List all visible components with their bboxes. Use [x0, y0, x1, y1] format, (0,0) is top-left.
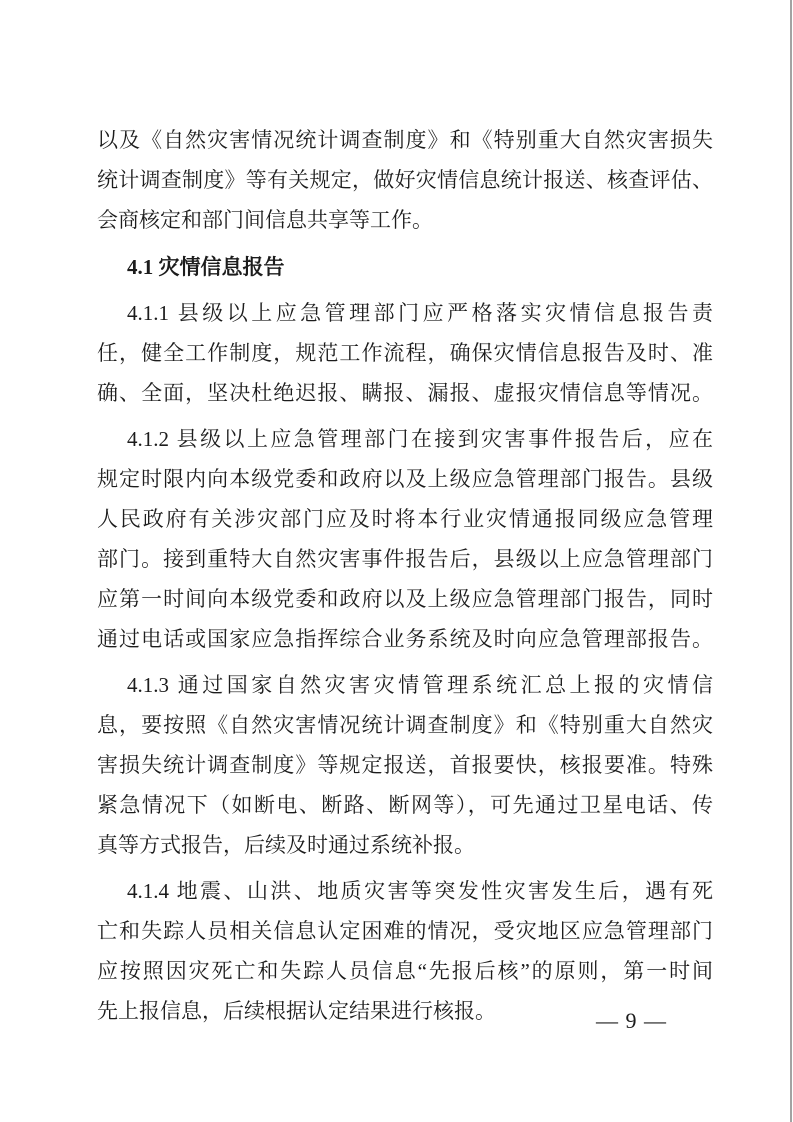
text-line: 通过电话或国家应急指挥综合业务系统及时向应急管理部报告。: [97, 619, 713, 659]
text-line: 应第一时间向本级党委和政府以及上级应急管理部门报告，同时: [97, 579, 713, 619]
page-number: — 9 —: [596, 1006, 667, 1036]
text-line: 亡和失踪人员相关信息认定困难的情况，受灾地区应急管理部门: [97, 911, 713, 951]
section-heading: 4.1 灾情信息报告: [97, 247, 713, 287]
document-text-block: 以及《自然灾害情况统计调查制度》和《特别重大自然灾害损失统计调查制度》等有关规定…: [97, 120, 713, 1031]
text-line: 以及《自然灾害情况统计调查制度》和《特别重大自然灾害损失: [97, 120, 713, 160]
text-line: 统计调查制度》等有关规定，做好灾情信息统计报送、核查评估、: [97, 160, 713, 200]
text-line: 4.1.2 县级以上应急管理部门在接到灾害事件报告后，应在: [97, 419, 713, 459]
text-line: 规定时限内向本级党委和政府以及上级应急管理部门报告。县级: [97, 459, 713, 499]
document-page: 以及《自然灾害情况统计调查制度》和《特别重大自然灾害损失统计调查制度》等有关规定…: [0, 0, 793, 1122]
text-line: 息，要按照《自然灾害情况统计调查制度》和《特别重大自然灾: [97, 705, 713, 745]
text-line: 部门。接到重特大自然灾害事件报告后，县级以上应急管理部门: [97, 539, 713, 579]
text-line: 4.1.3 通过国家自然灾害灾情管理系统汇总上报的灾情信: [97, 665, 713, 705]
text-line: 4.1.1 县级以上应急管理部门应严格落实灾情信息报告责: [97, 293, 713, 333]
text-line: 害损失统计调查制度》等规定报送，首报要快，核报要准。特殊: [97, 745, 713, 785]
text-line: 任，健全工作制度，规范工作流程，确保灾情信息报告及时、准: [97, 333, 713, 373]
text-line: 会商核定和部门间信息共享等工作。: [97, 200, 713, 240]
text-line: 人民政府有关涉灾部门应及时将本行业灾情通报同级应急管理: [97, 499, 713, 539]
text-line: 紧急情况下（如断电、断路、断网等），可先通过卫星电话、传: [97, 785, 713, 825]
text-line: 真等方式报告，后续及时通过系统补报。: [97, 825, 713, 865]
text-line: 确、全面，坚决杜绝迟报、瞒报、漏报、虚报灾情信息等情况。: [97, 373, 713, 413]
scan-edge-line: [790, 0, 792, 1122]
text-line: 4.1.4 地震、山洪、地质灾害等突发性灾害发生后，遇有死: [97, 871, 713, 911]
text-line: 应按照因灾死亡和失踪人员信息“先报后核”的原则，第一时间: [97, 951, 713, 991]
